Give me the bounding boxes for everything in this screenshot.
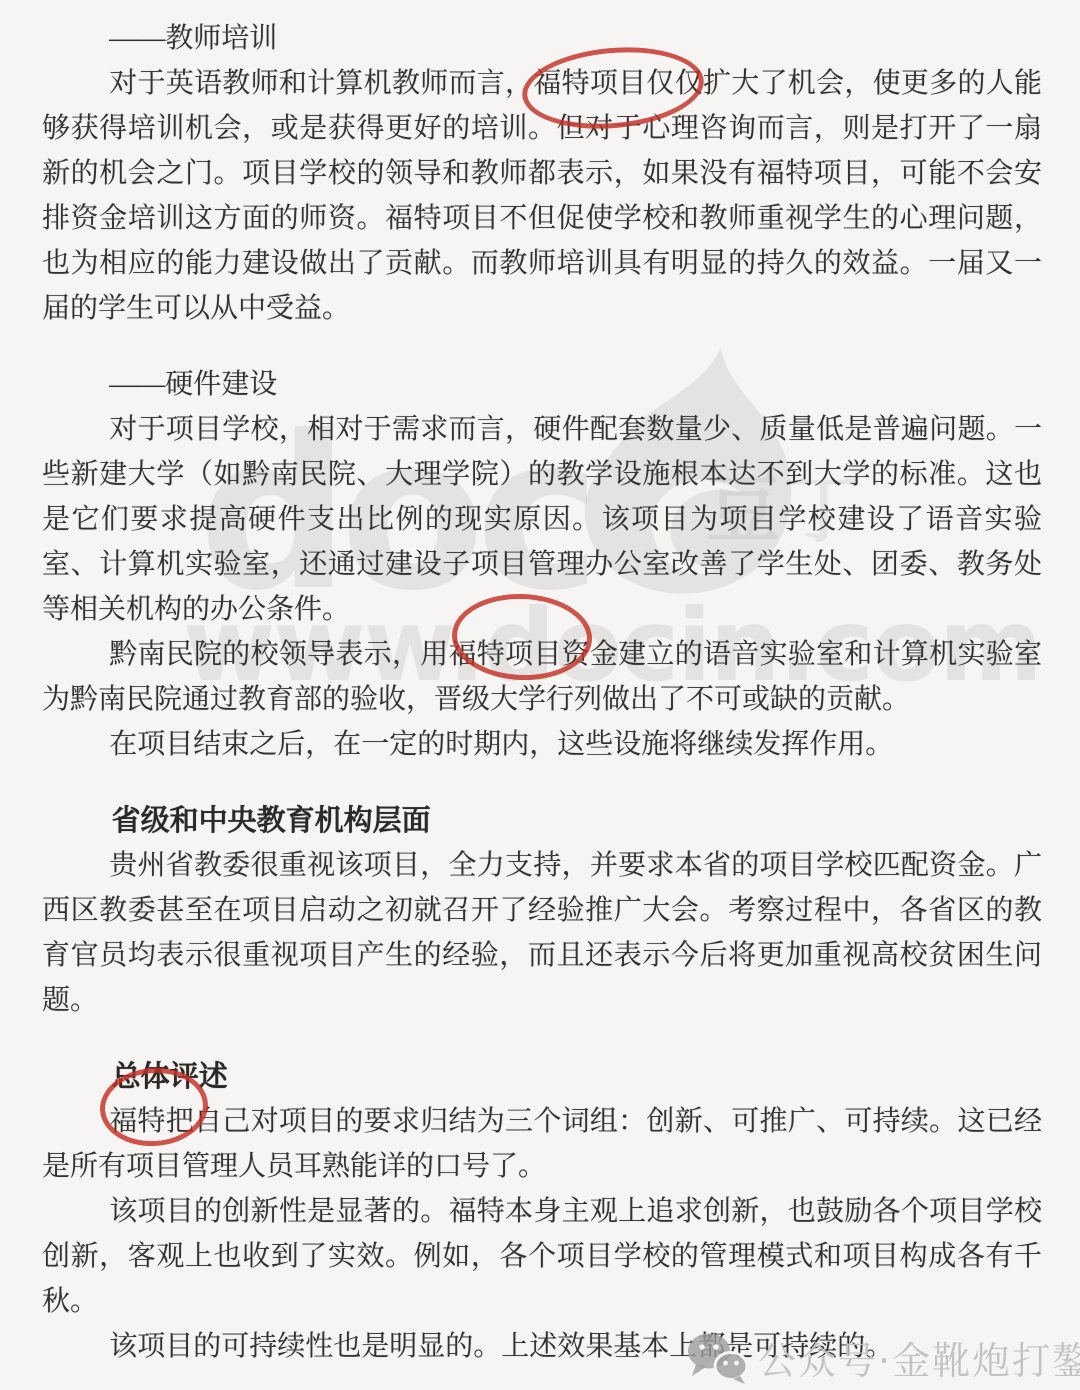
scanned-document-page: doc 豆丁 www.docin.com ——教师培训 对于英语教师和计算机教师… bbox=[0, 0, 1080, 1390]
document-body: ——教师培训 对于英语教师和计算机教师而言，福特项目仅仅扩大了机会，使更多的人能… bbox=[42, 16, 1042, 1369]
paragraph: 该项目的可持续性也是明显的。上述效果基本上都是可持续的。 bbox=[42, 1324, 1042, 1369]
paragraph: 贵州省教委很重视该项目，全力支持，并要求本省的项目学校匹配资金。广西区教委甚至在… bbox=[42, 843, 1042, 1023]
paragraph: 该项目的创新性是显著的。福特本身主观上追求创新，也鼓励各个项目学校创新，客观上也… bbox=[42, 1189, 1042, 1324]
subsection-title-teacher-training: ——教师培训 bbox=[42, 16, 1042, 61]
paragraph: 对于英语教师和计算机教师而言，福特项目仅仅扩大了机会，使更多的人能够获得培训机会… bbox=[42, 61, 1042, 331]
paragraph: 在项目结束之后，在一定的时期内，这些设施将继续发挥作用。 bbox=[42, 722, 1042, 767]
paragraph: 福特把自己对项目的要求归结为三个词组：创新、可推广、可持续。这已经是所有项目管理… bbox=[42, 1099, 1042, 1189]
paragraph: 对于项目学校，相对于需求而言，硬件配套数量少、质量低是普遍问题。一些新建大学（如… bbox=[42, 407, 1042, 632]
subsection-title-hardware: ——硬件建设 bbox=[42, 362, 1042, 407]
paragraph: 黔南民院的校领导表示，用福特项目资金建立的语音实验室和计算机实验室为黔南民院通过… bbox=[42, 632, 1042, 722]
section-title-provincial-central: 省级和中央教育机构层面 bbox=[42, 798, 1042, 843]
section-title-overall-review: 总体评述 bbox=[42, 1054, 1042, 1099]
